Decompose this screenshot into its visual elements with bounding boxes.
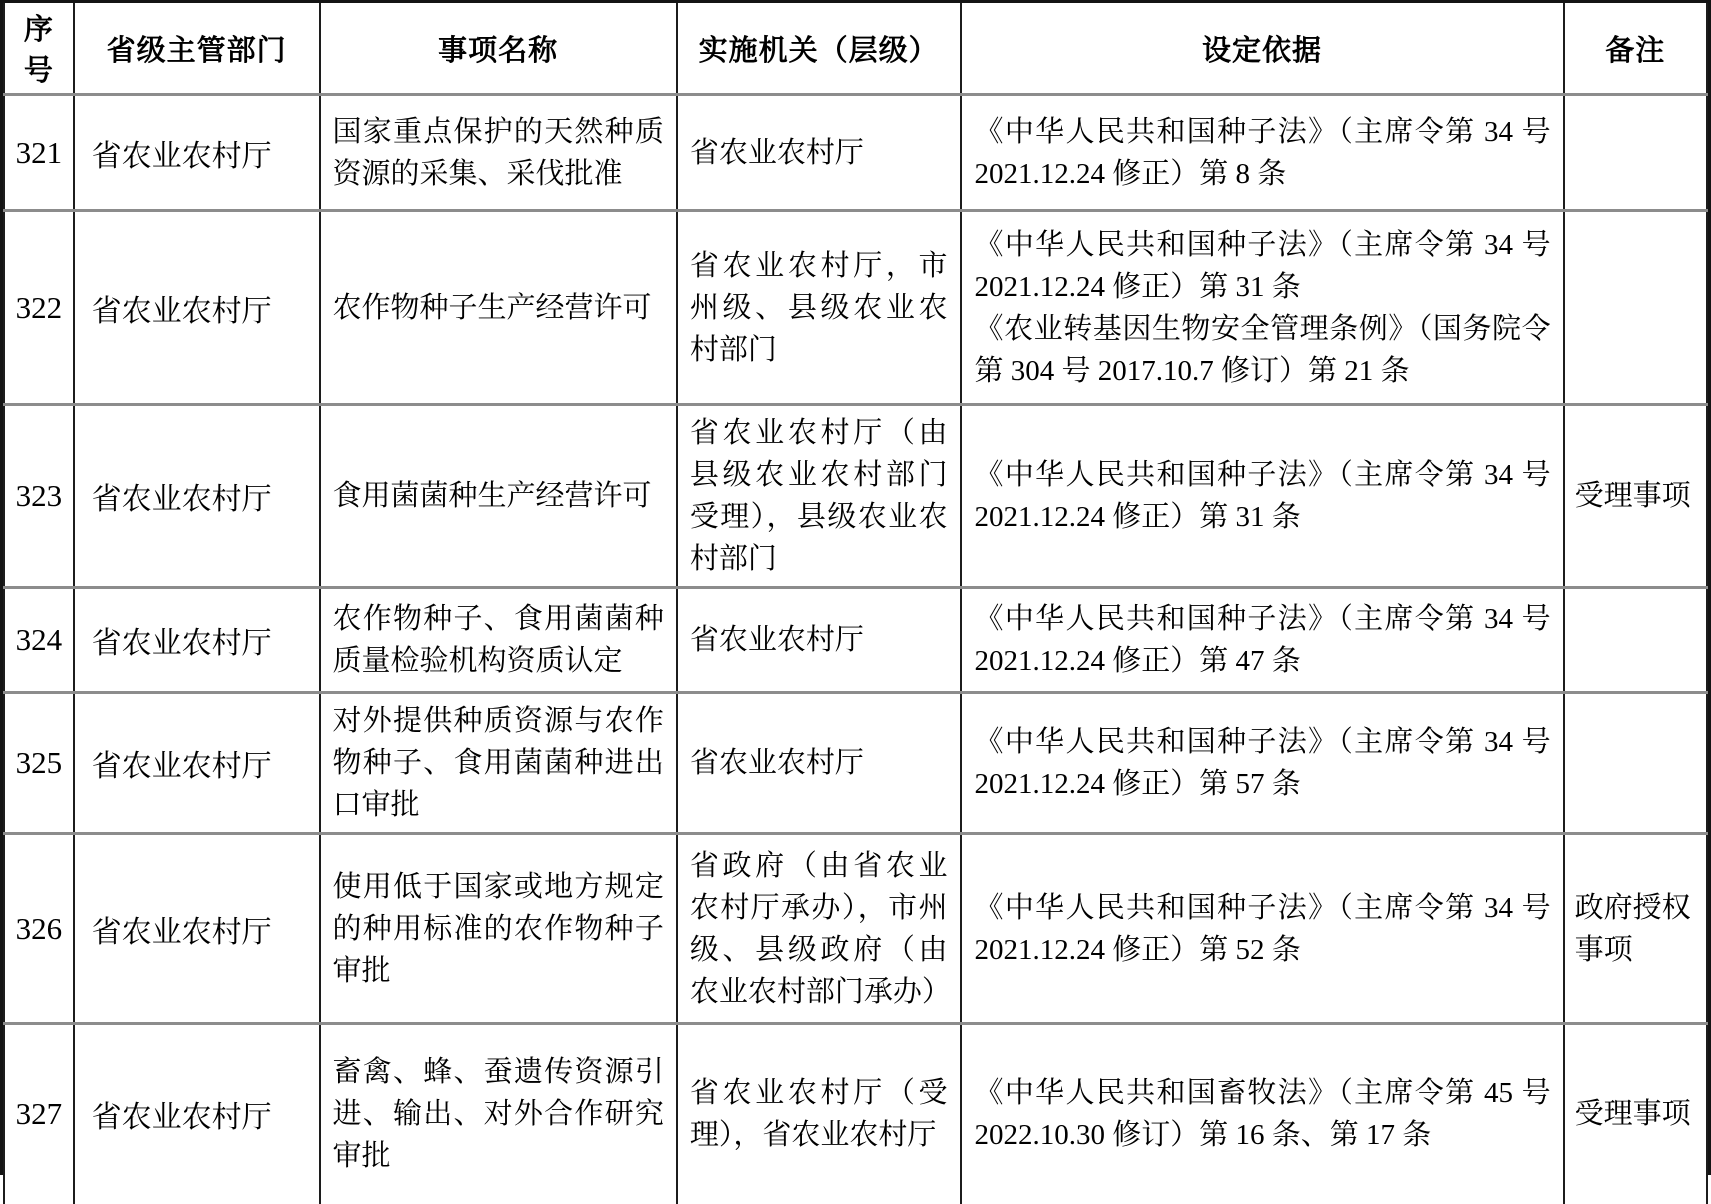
cell-remarks: 受理事项 bbox=[1564, 405, 1707, 588]
cell-agency: 省农业农村厅（由县级农业农村部门受理），县级农业农村部门 bbox=[677, 405, 961, 588]
cell-basis: 《中华人民共和国种子法》（主席令第 34 号 2021.12.24 修正）第 3… bbox=[961, 211, 1564, 405]
cell-basis: 《中华人民共和国种子法》（主席令第 34 号 2021.12.24 修正）第 8… bbox=[961, 95, 1564, 211]
cell-department: 省农业农村厅 bbox=[74, 1024, 320, 1204]
table-row: 327 省农业农村厅 畜禽、蜂、蚕遗传资源引进、输出、对外合作研究审批 省农业农… bbox=[4, 1024, 1707, 1204]
table-row: 322 省农业农村厅 农作物种子生产经营许可 省农业农村厅，市州级、县级农业农村… bbox=[4, 211, 1707, 405]
cell-item-name: 食用菌菌种生产经营许可 bbox=[320, 405, 677, 588]
cell-item-name: 使用低于国家或地方规定的种用标准的农作物种子审批 bbox=[320, 834, 677, 1024]
cell-basis: 《中华人民共和国种子法》（主席令第 34 号 2021.12.24 修正）第 5… bbox=[961, 834, 1564, 1024]
cell-remarks bbox=[1564, 211, 1707, 405]
cell-department: 省农业农村厅 bbox=[74, 834, 320, 1024]
permits-table: 序号 省级主管部门 事项名称 实施机关（层级） 设定依据 备注 321 省农业农… bbox=[3, 3, 1708, 1204]
cell-basis: 《中华人民共和国种子法》（主席令第 34 号 2021.12.24 修正）第 5… bbox=[961, 693, 1564, 834]
cell-agency: 省政府（由省农业农村厅承办），市州级、县级政府（由农业农村部门承办） bbox=[677, 834, 961, 1024]
cell-department: 省农业农村厅 bbox=[74, 405, 320, 588]
cell-department: 省农业农村厅 bbox=[74, 211, 320, 405]
cell-agency: 省农业农村厅（受理），省农业农村厅 bbox=[677, 1024, 961, 1204]
cell-remarks: 受理事项 bbox=[1564, 1024, 1707, 1204]
cell-department: 省农业农村厅 bbox=[74, 95, 320, 211]
cell-serial: 321 bbox=[4, 95, 74, 211]
cell-agency: 省农业农村厅 bbox=[677, 693, 961, 834]
table-row: 326 省农业农村厅 使用低于国家或地方规定的种用标准的农作物种子审批 省政府（… bbox=[4, 834, 1707, 1024]
table-row: 321 省农业农村厅 国家重点保护的天然种质资源的采集、采伐批准 省农业农村厅 … bbox=[4, 95, 1707, 211]
cell-item-name: 农作物种子生产经营许可 bbox=[320, 211, 677, 405]
table-row: 325 省农业农村厅 对外提供种质资源与农作物种子、食用菌菌种进出口审批 省农业… bbox=[4, 693, 1707, 834]
table-row: 323 省农业农村厅 食用菌菌种生产经营许可 省农业农村厅（由县级农业农村部门受… bbox=[4, 405, 1707, 588]
cell-item-name: 畜禽、蜂、蚕遗传资源引进、输出、对外合作研究审批 bbox=[320, 1024, 677, 1204]
document-table-frame: 序号 省级主管部门 事项名称 实施机关（层级） 设定依据 备注 321 省农业农… bbox=[0, 0, 1711, 1175]
header-remarks: 备注 bbox=[1564, 3, 1707, 95]
cell-agency: 省农业农村厅 bbox=[677, 588, 961, 693]
cell-serial: 327 bbox=[4, 1024, 74, 1204]
header-department: 省级主管部门 bbox=[74, 3, 320, 95]
cell-serial: 326 bbox=[4, 834, 74, 1024]
cell-agency: 省农业农村厅 bbox=[677, 95, 961, 211]
header-item-name: 事项名称 bbox=[320, 3, 677, 95]
cell-department: 省农业农村厅 bbox=[74, 693, 320, 834]
cell-basis: 《中华人民共和国种子法》（主席令第 34 号 2021.12.24 修正）第 4… bbox=[961, 588, 1564, 693]
cell-remarks bbox=[1564, 95, 1707, 211]
cell-agency: 省农业农村厅，市州级、县级农业农村部门 bbox=[677, 211, 961, 405]
cell-serial: 322 bbox=[4, 211, 74, 405]
cell-serial: 325 bbox=[4, 693, 74, 834]
cell-remarks bbox=[1564, 588, 1707, 693]
header-serial: 序号 bbox=[4, 3, 74, 95]
cell-item-name: 国家重点保护的天然种质资源的采集、采伐批准 bbox=[320, 95, 677, 211]
cell-basis: 《中华人民共和国畜牧法》（主席令第 45 号 2022.10.30 修订）第 1… bbox=[961, 1024, 1564, 1204]
cell-serial: 324 bbox=[4, 588, 74, 693]
cell-item-name: 对外提供种质资源与农作物种子、食用菌菌种进出口审批 bbox=[320, 693, 677, 834]
cell-basis: 《中华人民共和国种子法》（主席令第 34 号 2021.12.24 修正）第 3… bbox=[961, 405, 1564, 588]
header-basis: 设定依据 bbox=[961, 3, 1564, 95]
cell-item-name: 农作物种子、食用菌菌种质量检验机构资质认定 bbox=[320, 588, 677, 693]
cell-remarks bbox=[1564, 693, 1707, 834]
cell-serial: 323 bbox=[4, 405, 74, 588]
table-row: 324 省农业农村厅 农作物种子、食用菌菌种质量检验机构资质认定 省农业农村厅 … bbox=[4, 588, 1707, 693]
table-header-row: 序号 省级主管部门 事项名称 实施机关（层级） 设定依据 备注 bbox=[4, 3, 1707, 95]
cell-department: 省农业农村厅 bbox=[74, 588, 320, 693]
cell-remarks: 政府授权事项 bbox=[1564, 834, 1707, 1024]
header-agency: 实施机关（层级） bbox=[677, 3, 961, 95]
